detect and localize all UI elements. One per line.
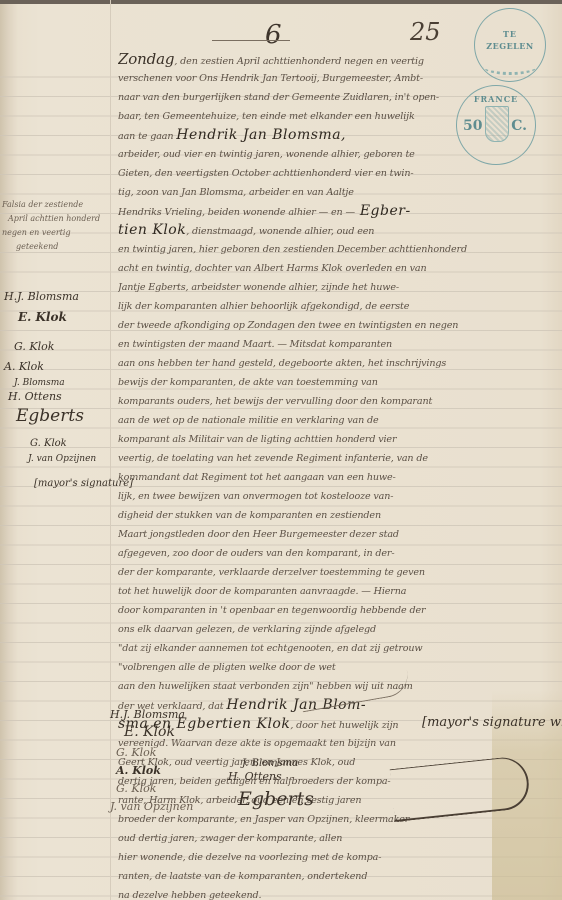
signature: G. Klok: [4, 340, 114, 360]
signature: Egberts: [228, 788, 368, 814]
text-line: tien Klok, dienstmaagd, wonende alhier, …: [118, 221, 528, 240]
margin-signatures: H.J. Blomsma E. Klok G. Klok A. Klok J. …: [4, 290, 114, 489]
text-line: aan de wet op de nationale militie en ve…: [118, 411, 528, 430]
line-text: , door het huwelijk zijn: [290, 720, 398, 731]
signature: H.J. Blomsma: [4, 290, 114, 310]
line-text: Hendriks Vrieling, beiden wonende alhier…: [118, 207, 355, 218]
text-line: Maart jongstleden door den Heer Burgemee…: [118, 525, 528, 544]
text-line: bewijs der komparanten, de akte van toes…: [118, 373, 528, 392]
bride-name: tien Klok: [118, 222, 186, 238]
text-line: baar, ten Gemeentehuize, ten einde met e…: [118, 107, 528, 126]
text-line: tot het huwelijk door de komparanten aan…: [118, 582, 528, 601]
family-signatures: J. Blomsma H. Ottens Egberts: [228, 758, 368, 814]
signature: H. Ottens: [228, 770, 368, 788]
text-line: Zondag, den zestien April achttienhonder…: [118, 50, 528, 69]
text-line: naar van den burgerlijken stand der Geme…: [118, 88, 528, 107]
text-line: aan ons hebben ter hand gesteld, degeboo…: [118, 354, 528, 373]
signature: J. van Opzijnen: [110, 800, 230, 818]
text-line: ranten, de laatste van de komparanten, o…: [118, 867, 528, 886]
text-line: komparants ouders, het bewijs der vervul…: [118, 392, 528, 411]
text-line: Hendriks Vrieling, beiden wonende alhier…: [118, 202, 528, 221]
day-word: Zondag: [118, 50, 174, 68]
signature: J. Blomsma: [4, 378, 114, 390]
text-line: komparant als Militair van de ligting ac…: [118, 430, 528, 449]
text-line: en twintig jaren, hier geboren den zesti…: [118, 240, 528, 259]
text-line: oud dertig jaren, zwager der komparante,…: [118, 829, 528, 848]
text-line: lijk, en twee bewijzen van onvermogen to…: [118, 487, 528, 506]
stamp-line: TE: [475, 29, 545, 39]
line-text: aan te gaan: [118, 131, 176, 142]
text-line: en twintigsten der maand Maart. — Mitsda…: [118, 335, 528, 354]
signature: J. van Opzijnen: [4, 454, 114, 478]
signature: G. Klok: [110, 746, 230, 764]
line-text: , dienstmaagd, wonende alhier, oud een: [186, 226, 374, 237]
margin-note-line: geteekend: [2, 240, 112, 254]
signature: [mayor's signature with flourish]: [400, 715, 540, 730]
signature: H.J. Blomsma: [110, 708, 230, 724]
document-page: 6 25 TE ZEGELEN FRANCE 50 C. Falsia der …: [0, 0, 562, 900]
mayor-signature: [mayor's signature with flourish]: [400, 715, 540, 730]
text-line: kommandant dat Regiment tot het aangaan …: [118, 468, 528, 487]
margin-annotation: Falsia der zestiende April achttien hond…: [2, 198, 112, 254]
groom-name: Hendrik Jan Blomsma,: [176, 127, 346, 143]
scanner-edge: [0, 0, 562, 4]
signature: H. Ottens: [4, 390, 114, 406]
text-line: lijk der komparanten alhier behoorlijk a…: [118, 297, 528, 316]
signature: A. Klok: [110, 764, 230, 782]
page-number-underline: [212, 40, 290, 41]
text-line: "dat zij elkander aannemen tot echtgenoo…: [118, 639, 528, 658]
text-line: Jantje Egberts, arbeidster wonende alhie…: [118, 278, 528, 297]
text-line: verschenen voor Ons Hendrik Jan Tertooij…: [118, 69, 528, 88]
text-line: der der komparante, verklaarde derzelver…: [118, 563, 528, 582]
margin-note-line: negen en veertig: [2, 226, 112, 240]
margin-note-line: Falsia der zestiende: [2, 198, 112, 212]
text-line: "volbrengen alle de pligten welke door d…: [118, 658, 528, 677]
text-line: arbeider, oud vier en twintig jaren, won…: [118, 145, 528, 164]
text-line: tig, zoon van Jan Blomsma, arbeider en v…: [118, 183, 528, 202]
signature: [mayor's signature]: [4, 478, 114, 489]
folio-mark: 25: [410, 18, 441, 46]
signature: G. Klok: [110, 782, 230, 800]
text-line: veertig, de toelating van het zevende Re…: [118, 449, 528, 468]
page-number: 6: [265, 20, 282, 50]
line-text: , den zestien April achttienhonderd nege…: [174, 56, 424, 67]
signature: G. Klok: [4, 438, 114, 454]
text-line: Gieten, den veertigsten October achttien…: [118, 164, 528, 183]
signature: E. Klok: [110, 724, 230, 746]
margin-note-line: April achttien honderd: [2, 212, 112, 226]
text-line: hier wonende, die dezelve na voorlezing …: [118, 848, 528, 867]
text-line: na dezelve hebben geteekend.: [118, 886, 528, 900]
text-line: afgegeven, zoo door de ouders van den ko…: [118, 544, 528, 563]
text-line: ons elk daarvan gelezen, de verklaring z…: [118, 620, 528, 639]
text-line: acht en twintig, dochter van Albert Harm…: [118, 259, 528, 278]
signature: E. Klok: [4, 310, 114, 340]
signature: A. Klok: [4, 360, 114, 378]
text-line: digheid der stukken van de komparanten e…: [118, 506, 528, 525]
witness-signatures: H.J. Blomsma E. Klok G. Klok A. Klok G. …: [110, 708, 230, 818]
bride-name: Egber-: [355, 203, 411, 219]
text-line: aan te gaan Hendrik Jan Blomsma,: [118, 126, 528, 145]
text-line: door komparanten in 't openbaar en tegen…: [118, 601, 528, 620]
signature: Egberts: [4, 406, 114, 438]
text-line: der tweede afkondiging op Zondagen den t…: [118, 316, 528, 335]
signature: J. Blomsma: [228, 758, 368, 770]
